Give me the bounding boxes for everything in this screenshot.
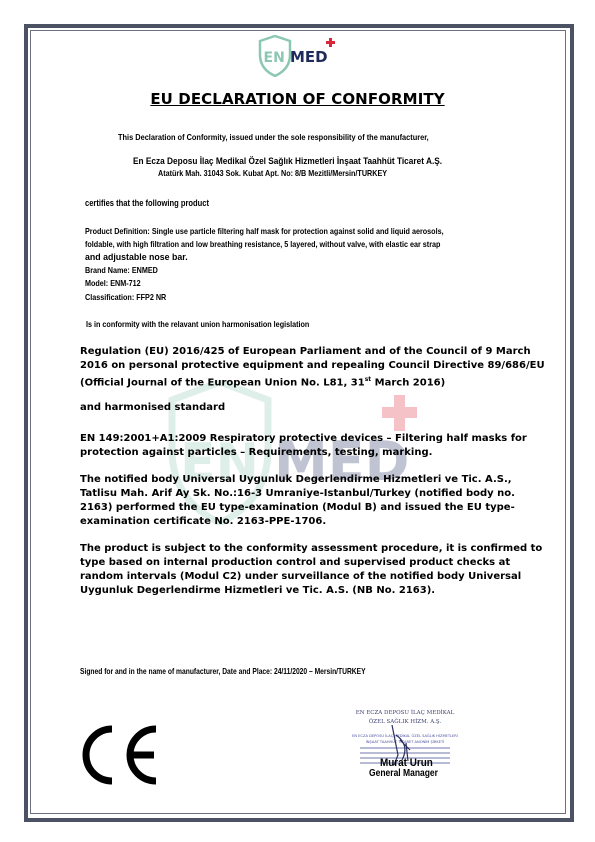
brand-name: Brand Name: ENMED: [85, 265, 158, 275]
notified-body-text: The notified body Universal Uygunluk Deg…: [80, 473, 550, 529]
svg-text:EN ECZA DEPOSU İLAÇ MEDİKAL ÖZ: EN ECZA DEPOSU İLAÇ MEDİKAL ÖZEL SAĞLIK …: [352, 733, 458, 738]
intro-text: This Declaration of Conformity, issued u…: [118, 132, 429, 142]
svg-text:ÖZEL SAĞLIK HİZM. A.Ş.: ÖZEL SAĞLIK HİZM. A.Ş.: [369, 717, 442, 725]
product-definition-line1: Product Definition: Single use particle …: [85, 226, 444, 236]
svg-text:EN ECZA DEPOSU İLAÇ MEDİKAL: EN ECZA DEPOSU İLAÇ MEDİKAL: [356, 709, 455, 716]
conformity-text: Is in conformity with the relavant union…: [86, 319, 309, 329]
svg-text:EN: EN: [264, 50, 285, 66]
assessment-text: The product is subject to the conformity…: [80, 542, 550, 598]
page-title: EU DECLARATION OF CONFORMITY: [0, 90, 595, 108]
classification: Classification: FFP2 NR: [85, 292, 166, 302]
certifies-text: certifies that the following product: [85, 198, 209, 208]
svg-text:İNŞAAT TAAHHÜT TİCARET ANONİM: İNŞAAT TAAHHÜT TİCARET ANONİM ŞİRKETİ: [366, 739, 445, 744]
enmed-logo: EN MED: [258, 35, 338, 77]
manufacturer-address: Atatürk Mah. 31043 Sok. Kubat Apt. No: 8…: [158, 168, 387, 178]
ce-mark-icon: [80, 725, 160, 785]
harmonised-label: and harmonised standard: [80, 401, 550, 415]
signatory-title: General Manager: [369, 768, 438, 779]
model: Model: ENM-712: [85, 278, 141, 288]
manufacturer-name: En Ecza Deposu İlaç Medikal Özel Sağlık …: [133, 156, 442, 166]
product-definition-line3: and adjustable nose bar.: [85, 252, 188, 262]
signed-text: Signed for and in the name of manufactur…: [80, 666, 366, 676]
svg-text:MED: MED: [290, 48, 328, 66]
regulation-text: Regulation (EU) 2016/425 of European Par…: [80, 345, 550, 390]
standard-text: EN 149:2001+A1:2009 Respiratory protecti…: [80, 432, 550, 460]
product-definition-line2: foldable, with high filtration and low b…: [85, 239, 440, 249]
